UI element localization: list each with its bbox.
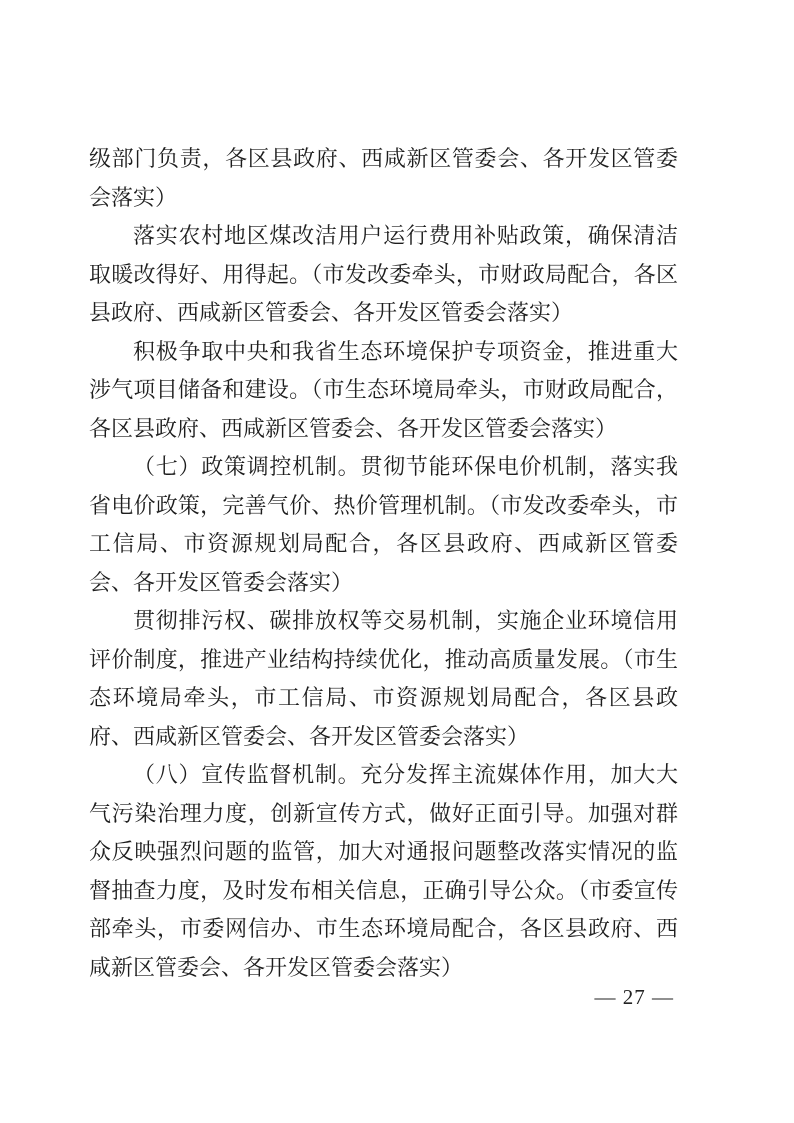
paragraph-text: 级部门负责，各区县政府、西咸新区管委会、各开发区管委会落实） xyxy=(89,146,678,210)
paragraph-heading: （七）政策调控机制。 xyxy=(133,454,360,479)
paragraph-text: 落实农村地区煤改洁用户运行费用补贴政策，确保清洁取暖改得好、用得起。（市发改委牵… xyxy=(89,223,678,325)
body-paragraph: （八）宣传监督机制。充分发挥主流媒体作用，加大大气污染治理力度，创新宣传方式，做… xyxy=(89,756,678,987)
body-paragraph: 级部门负责，各区县政府、西咸新区管委会、各开发区管委会落实） xyxy=(89,140,678,217)
paragraph-heading: （八）宣传监督机制。 xyxy=(133,762,360,787)
body-paragraph: 落实农村地区煤改洁用户运行费用补贴政策，确保清洁取暖改得好、用得起。（市发改委牵… xyxy=(89,217,678,333)
body-paragraph: （七）政策调控机制。贯彻节能环保电价机制，落实我省电价政策，完善气价、热价管理机… xyxy=(89,448,678,602)
paragraph-text: 充分发挥主流媒体作用，加大大气污染治理力度，创新宣传方式，做好正面引导。加强对群… xyxy=(89,762,678,980)
body-paragraph: 积极争取中央和我省生态环境保护专项资金，推进重大涉气项目储备和建设。（市生态环境… xyxy=(89,333,678,449)
page-number: — 27 — xyxy=(595,985,675,1010)
paragraph-text: 积极争取中央和我省生态环境保护专项资金，推进重大涉气项目储备和建设。（市生态环境… xyxy=(89,339,678,441)
paragraph-text: 贯彻排污权、碳排放权等交易机制，实施企业环境信用评价制度，推进产业结构持续优化，… xyxy=(89,608,678,749)
document-body: 级部门负责，各区县政府、西咸新区管委会、各开发区管委会落实） 落实农村地区煤改洁… xyxy=(89,140,678,987)
document-page: 级部门负责，各区县政府、西咸新区管委会、各开发区管委会落实） 落实农村地区煤改洁… xyxy=(0,0,794,1123)
body-paragraph: 贯彻排污权、碳排放权等交易机制，实施企业环境信用评价制度，推进产业结构持续优化，… xyxy=(89,602,678,756)
